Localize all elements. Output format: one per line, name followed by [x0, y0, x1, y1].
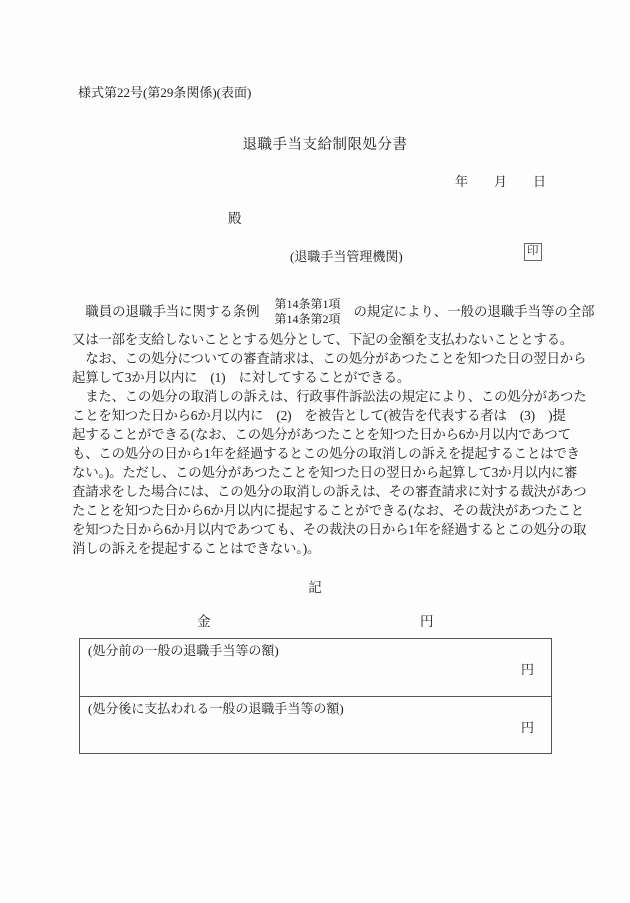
date-line: 年 月 日 [455, 171, 546, 190]
body-line: 消しの訴えを提起することはできない。)。 [72, 539, 559, 558]
body-line: また、この処分の取消しの訴えは、行政事件訴訟法の規定により、この処分があつた [72, 387, 559, 406]
body-line: ことを知つた日から6か月以内に (2) を被告として(被告を代表する者は (3)… [72, 406, 559, 425]
addressee-honorific: 殿 [228, 207, 242, 227]
row-yen-unit: 円 [88, 719, 543, 736]
record-heading: 記 [0, 576, 630, 596]
row-yen-unit: 円 [88, 661, 543, 678]
para1-after: の規定により、一般の退職手当等の全部 [353, 302, 594, 321]
article-ref-bottom: 第14条第2項 [274, 312, 340, 327]
body-line: 起することができる(なお、この処分があつたことを知つた日から6か月以内であつて [72, 425, 559, 444]
article-ref-top: 第14条第1項 [274, 297, 340, 312]
table-row-after-disposition: (処分後に支払われる一般の退職手当等の額) 円 [80, 696, 551, 753]
document-page: 様式第22号(第29条関係)(表面) 退職手当支給制限処分書 年 月 日 殿 (… [0, 0, 630, 903]
body-line: 査請求をした場合には、この処分の取消しの訴えは、その審査請求に対する裁決があつ [72, 482, 559, 501]
row-label: (処分後に支払われる一般の退職手当等の額) [88, 700, 543, 717]
body-line: 起算して3か月以内に (1) に対してすることができる。 [72, 368, 559, 387]
seal-stamp: 印 [524, 243, 542, 261]
amount-prefix-label: 金 [197, 610, 211, 630]
body-line: も、この処分の日から1年を経過するとこの処分の取消しの訴えを提起することはでき [72, 444, 559, 463]
body-line: なお、この処分についての審査請求は、この処分があつたことを知つた日の翌日から [72, 349, 559, 368]
form-number: 様式第22号(第29条関係)(表面) [78, 82, 251, 101]
para1-before: 職員の退職手当に関する条例 [72, 302, 259, 321]
ordinance-article-stack: 第14条第1項 第14条第2項 [274, 297, 340, 326]
body-text: 職員の退職手当に関する条例 第14条第1項 第14条第2項 の規定により、一般の… [72, 293, 559, 558]
amount-unit-label: 円 [420, 610, 434, 630]
issuer-label: (退職手当管理機関) [290, 246, 403, 265]
row-label: (処分前の一般の退職手当等の額) [88, 642, 543, 659]
body-line: ない。)。ただし、この処分があつたことを知つた日の翌日から起算して3か月以内に審 [72, 463, 559, 482]
body-line: を知つた日から6か月以内であつても、その裁決の日から1年を経過するとこの処分の取 [72, 520, 559, 539]
amounts-table: (処分前の一般の退職手当等の額) 円 (処分後に支払われる一般の退職手当等の額)… [79, 638, 552, 754]
body-line: 又は一部を支給しないこととする処分として、下記の金額を支払わないこととする。 [72, 330, 559, 349]
body-line: たことを知つた日から6か月以内に提起することができる(なお、その裁決があつたこと [72, 501, 559, 520]
table-row-before-disposition: (処分前の一般の退職手当等の額) 円 [80, 639, 551, 696]
document-title: 退職手当支給制限処分書 [0, 133, 630, 154]
body-paragraph-1: 職員の退職手当に関する条例 第14条第1項 第14条第2項 の規定により、一般の… [72, 293, 559, 330]
